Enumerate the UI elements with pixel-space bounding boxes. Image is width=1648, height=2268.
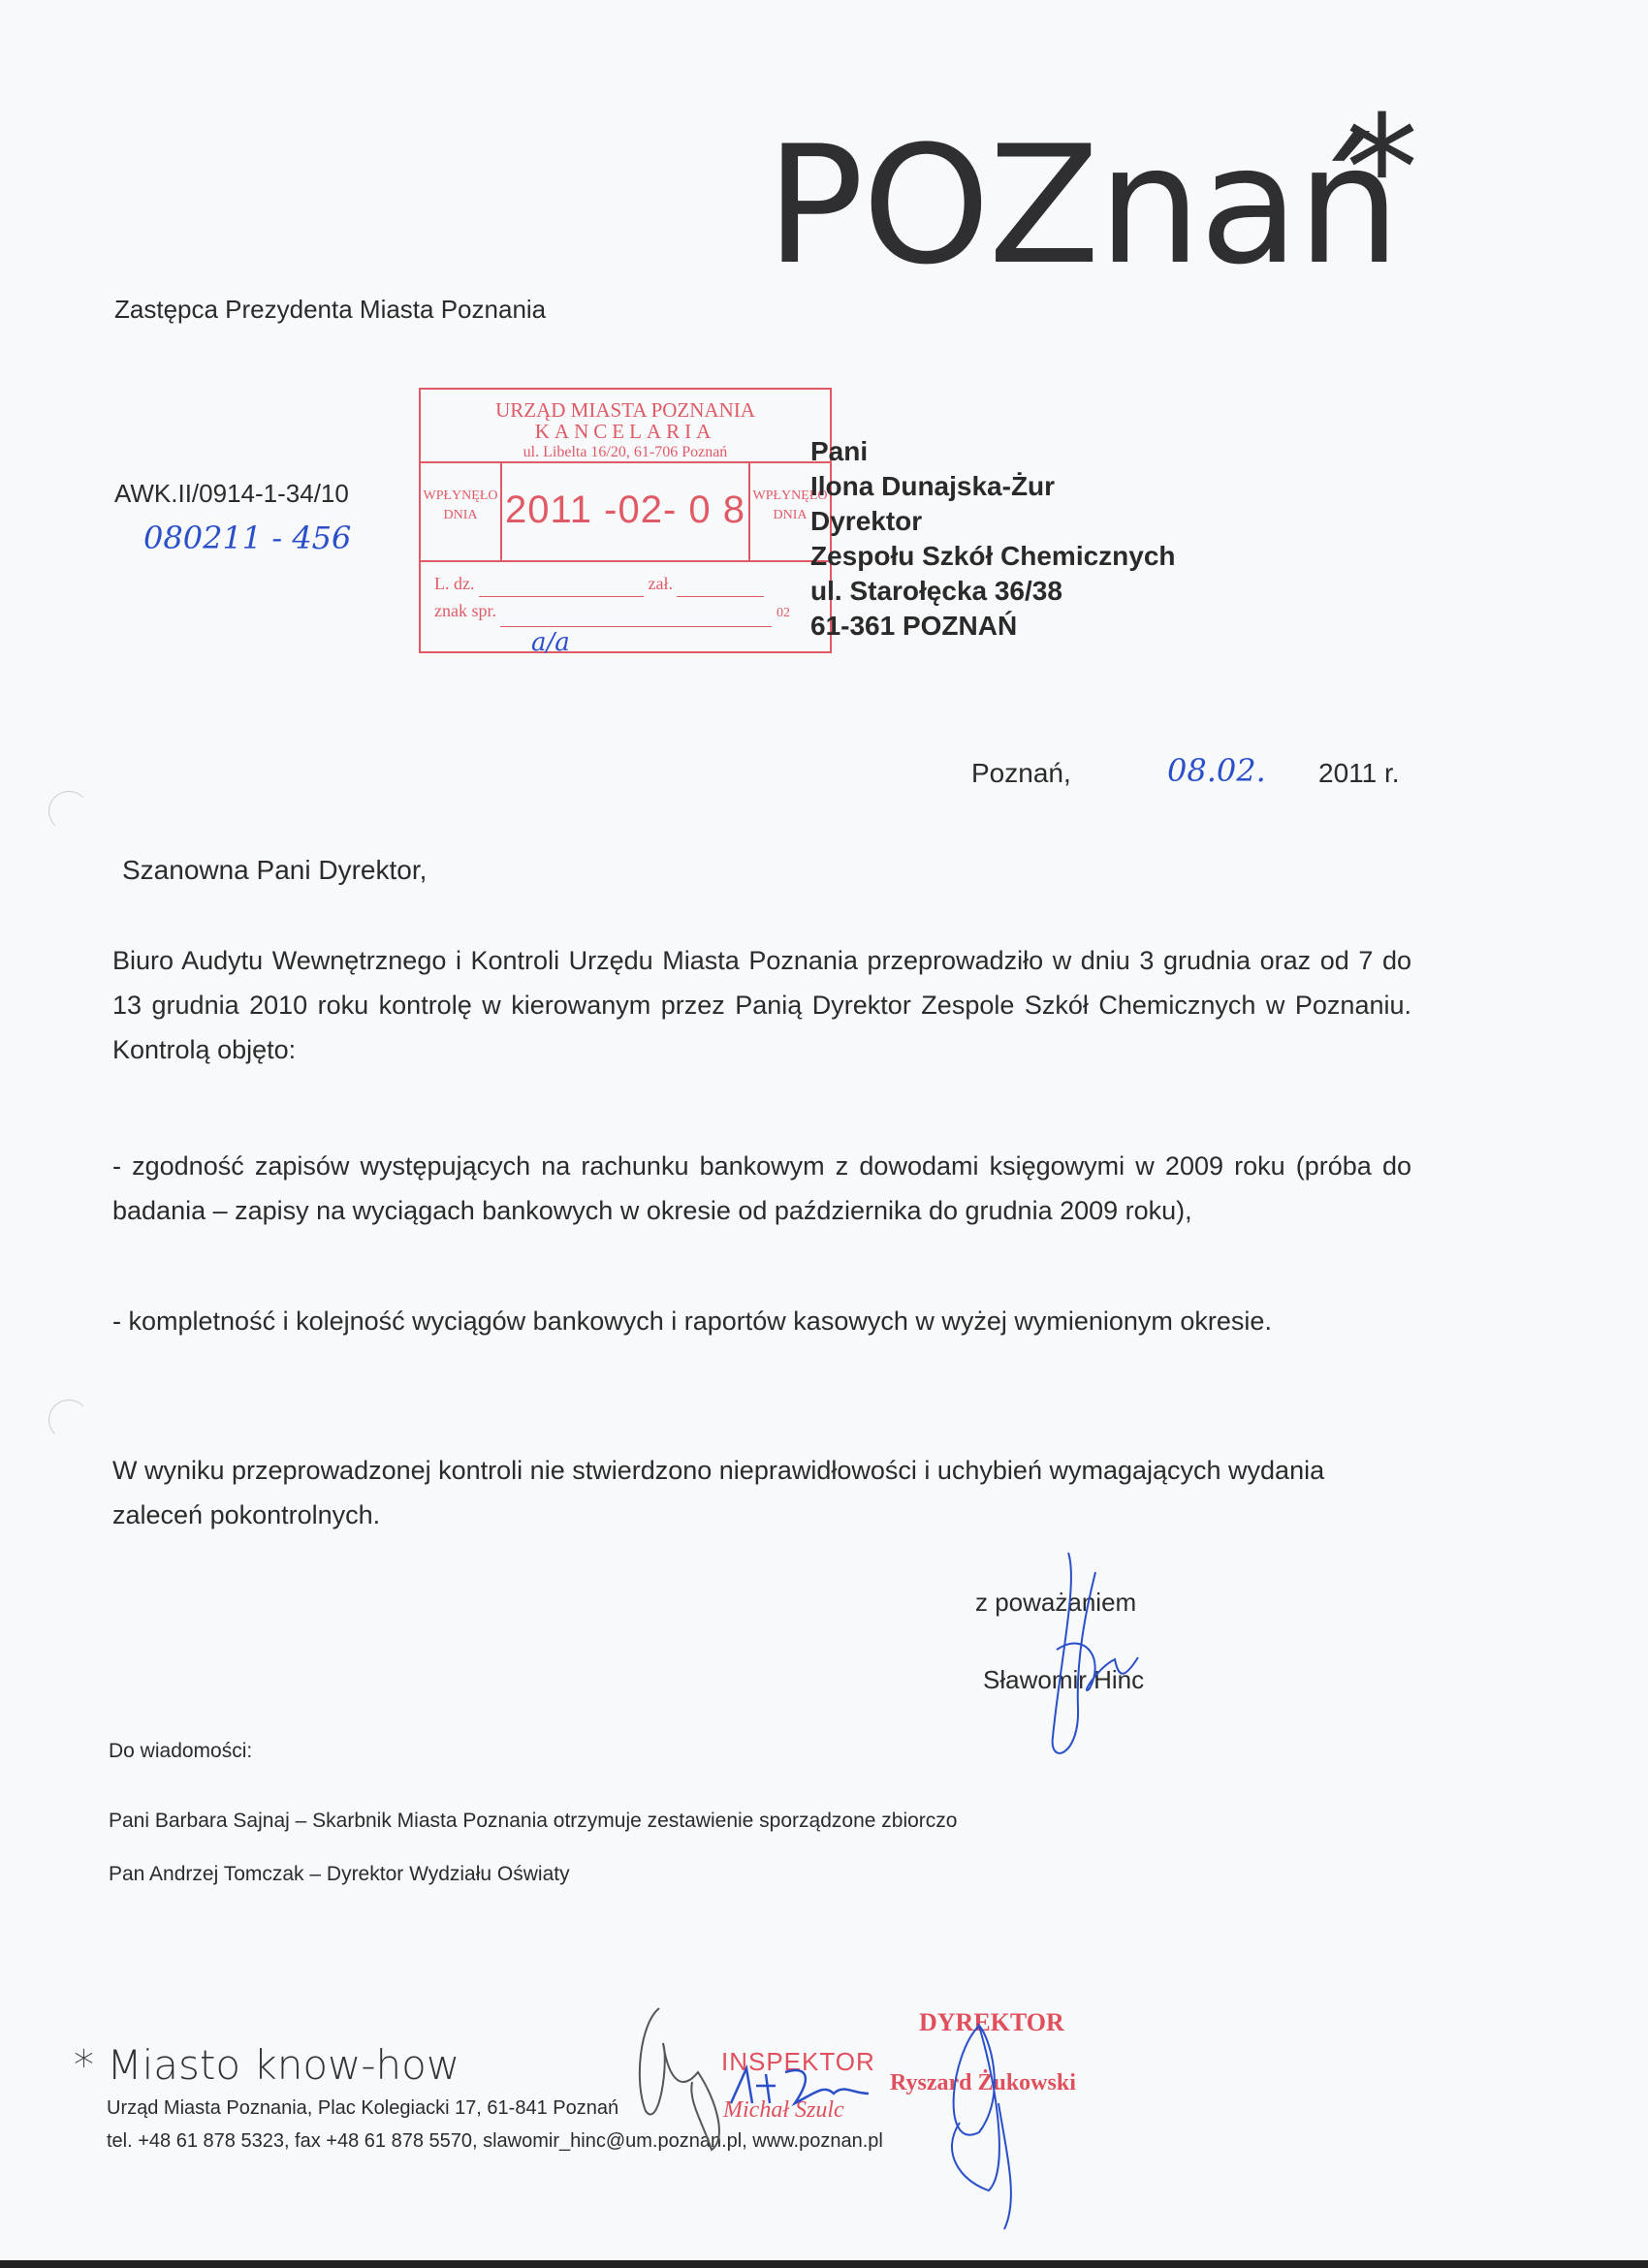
stamp-zal-label: zał.: [648, 574, 672, 593]
recipient-street: ul. Starołęcka 36/38: [810, 574, 1176, 609]
punch-hole-bottom: [48, 1400, 89, 1440]
stamp-office: URZĄD MIASTA POZNANIA: [421, 399, 830, 421]
stamp-footer: L. dz. zał. znak spr. 02: [421, 562, 830, 635]
recipient-institution: Zespołu Szkół Chemicznych: [810, 539, 1176, 574]
body-item-1: - zgodność zapisów występujących na rach…: [112, 1144, 1411, 1233]
body-item-2: - kompletność i kolejność wyciągów banko…: [112, 1299, 1411, 1343]
cc-label: Do wiadomości:: [109, 1740, 252, 1763]
stamp-znak-label: znak spr.: [434, 601, 496, 620]
salutation: Szanowna Pani Dyrektor,: [122, 855, 427, 886]
footer-brand: * Miasto know-how: [74, 2041, 460, 2089]
recipient-name: Ilona Dunajska-Żur: [810, 469, 1176, 504]
case-number: AWK.II/0914-1-34/10: [114, 479, 349, 509]
cc-recipient-1: Pani Barbara Sajnaj – Skarbnik Miasta Po…: [109, 1810, 957, 1833]
footer-asterisk-icon: *: [74, 2041, 94, 2089]
dateline-place: Poznań,: [971, 758, 1071, 789]
poznan-logo: POZnań: [766, 124, 1399, 287]
signature-hinc-icon: [1018, 1543, 1163, 1766]
punch-hole-top: [48, 791, 89, 832]
stamp-received-label-left: WPŁYNĘŁODNIA: [421, 463, 502, 560]
stamp-department: KANCELARIA: [421, 421, 830, 442]
handwritten-date: 08.02.: [1167, 752, 1266, 789]
dateline-year: 2011 r.: [1318, 758, 1400, 789]
stamp-small-mark: 02: [776, 606, 790, 620]
logo-asterisk-icon: *: [1346, 97, 1418, 242]
body-paragraph-2: W wyniku przeprowadzonej kontroli nie st…: [112, 1448, 1411, 1537]
inspector-signature-icon: [727, 2064, 872, 2113]
stamp-date: 2011 -02- 0 8: [502, 463, 748, 560]
recipient-position: Dyrektor: [810, 504, 1176, 539]
registry-stamp: URZĄD MIASTA POZNANIA KANCELARIA ul. Lib…: [419, 388, 832, 653]
footer-brand-text: Miasto know-how: [107, 2041, 460, 2089]
handwritten-registry-number: 080211 - 456: [143, 520, 351, 556]
recipient-address: Pani Ilona Dunajska-Żur Dyrektor Zespołu…: [810, 434, 1176, 644]
recipient-city: 61-361 POZNAŃ: [810, 609, 1176, 644]
footer-contact: tel. +48 61 878 5323, fax +48 61 878 557…: [107, 2130, 883, 2153]
cc-recipient-2: Pan Andrzej Tomczak – Dyrektor Wydziału …: [109, 1863, 570, 1886]
sender-title: Zastępca Prezydenta Miasta Poznania: [114, 295, 546, 325]
stamp-header: URZĄD MIASTA POZNANIA KANCELARIA ul. Lib…: [421, 390, 830, 463]
recipient-salutation-line: Pani: [810, 434, 1176, 469]
scan-edge: [0, 2260, 1648, 2268]
footer-address: Urząd Miasta Poznania, Plac Kolegiacki 1…: [107, 2097, 618, 2120]
director-signature-icon: [921, 2016, 1037, 2239]
handwritten-note: a/a: [531, 628, 570, 657]
body-paragraph-1: Biuro Audytu Wewnętrznego i Kontroli Urz…: [112, 938, 1411, 1072]
stamp-address: ul. Libelta 16/20, 61-706 Poznań: [421, 442, 830, 463]
stamp-ldz-label: L. dz.: [434, 574, 474, 593]
initials-signature-icon: [630, 2004, 737, 2159]
